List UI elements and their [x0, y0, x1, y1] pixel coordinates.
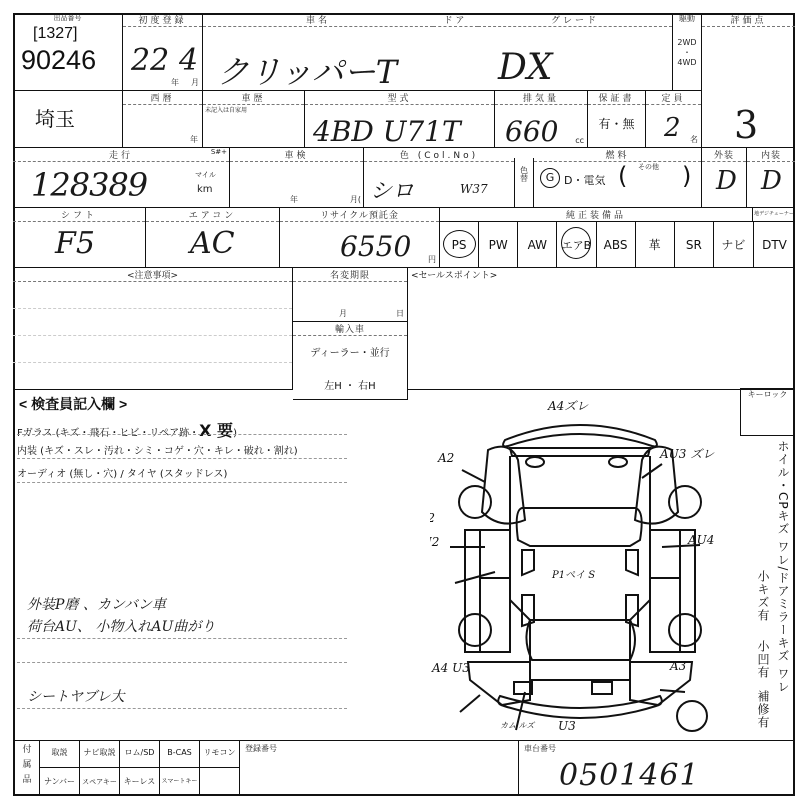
sales-point-label: <セールスポイント> — [408, 268, 795, 281]
acc-smart-key: スマートキー — [160, 768, 200, 796]
side-note-wheel-mirror: ホイル・CPキズ ワレ/ドアミラーキズ ワレ — [775, 440, 792, 740]
diag-left-door: AU2 — [430, 535, 439, 549]
recycle-fee: 6550 — [340, 230, 411, 263]
score-value: 3 — [734, 103, 758, 147]
equip-pw: PW — [479, 222, 518, 267]
capacity-unit: 名 — [690, 134, 698, 145]
equip-navi: ナビ — [714, 222, 754, 267]
mileage-label: 走行 — [13, 148, 229, 162]
grade-value: DX — [498, 47, 553, 88]
inspection-year: 年 — [290, 194, 298, 205]
grade-cell: グレード DX — [478, 13, 673, 91]
color-value: シロ — [370, 174, 414, 205]
warranty-options: 有・無 — [588, 115, 645, 132]
reg-number-label: 登録番号 — [240, 740, 518, 757]
car-name-cell: 車名 クリッパーT — [203, 13, 433, 91]
acc-keyless: キーレス — [120, 768, 160, 796]
tuner-label: 地デジチューナー — [753, 208, 795, 221]
capacity-value: 2 — [664, 113, 681, 143]
grade-label: グレード — [478, 13, 672, 27]
capacity-cell: 定員 2 名 — [646, 91, 702, 148]
displacement-label: 排気量 — [495, 91, 587, 105]
reg-number-cell: 登録番号 — [240, 740, 519, 796]
equipment-row: PS PW AW エアB ABS 革 SR ナビ DTV — [440, 222, 795, 268]
diag-left-rear: A4 U3 — [431, 661, 470, 675]
interior-label: 内装 — [747, 148, 795, 162]
chassis-value: 0501461 — [559, 758, 700, 793]
recycle-cell: リサイクル預託金 6550 円 — [280, 208, 440, 268]
exterior-label: 外装 — [702, 148, 746, 162]
acc-navi-manual: ナビ取説 — [80, 740, 120, 767]
diag-w2: W2 — [430, 511, 435, 525]
warranty-label: 保証書 — [588, 91, 645, 105]
interior-cell: 内装 D — [747, 148, 795, 208]
diag-rear-lamp: カム ルズ — [500, 721, 535, 730]
interior-grade: D — [761, 166, 782, 196]
accessories-grid: 取説 ナビ取説 ロム/SD B-CAS リモコン ナンバー スペアキー キーレス… — [40, 740, 240, 796]
shift-label: シフト — [13, 208, 145, 222]
mileage-value: 128389 — [31, 166, 147, 204]
era-year-unit: 年 — [190, 134, 198, 145]
history-label: 車歴 — [203, 91, 304, 105]
history-cell: 車歴 未記入は自家用 — [203, 91, 305, 148]
aircon-value: AC — [190, 226, 235, 261]
aircon-label: エアコン — [146, 208, 279, 222]
door-cell: ドア — [433, 13, 478, 91]
model-value: 4BD U71T — [313, 115, 461, 148]
model-cell: 型式 4BD U71T — [305, 91, 495, 148]
lot-number: 90246 — [21, 45, 96, 76]
equip-ps: PS — [440, 222, 479, 267]
color-number: W37 — [460, 182, 488, 196]
first-reg-cell: 初度登録 22 4 年 月 — [123, 13, 203, 91]
equipment-header: 純正装備品 — [440, 208, 753, 222]
exterior-grade: D — [716, 166, 737, 196]
nc-day: 日 — [396, 308, 404, 319]
equipment-label: 純正装備品 — [440, 208, 752, 221]
exterior-cell: 外装 D — [702, 148, 747, 208]
history-sub: 未記入は自家用 — [203, 105, 304, 114]
car-name-label: 車名 — [203, 13, 433, 27]
inspection-month: 月( — [350, 194, 361, 205]
audio-line: オーディオ (無し・穴) / タイヤ (スタッドレス) — [17, 465, 227, 480]
accessories-side: 付属品 — [13, 740, 40, 796]
region-cell: 埼玉 — [13, 91, 123, 148]
shift-cell: シフト F5 — [13, 208, 146, 268]
drive-2wd: 2WD — [673, 38, 701, 47]
first-reg-year: 22 — [131, 43, 169, 78]
inspection-label: 車検 — [230, 148, 363, 162]
notes-label: <注意事項> — [13, 268, 292, 282]
notes-cell: <注意事項> — [13, 268, 293, 390]
fuel-other: その他 — [638, 162, 659, 172]
color-cell: 色 (Col.No) シロ W37 — [364, 148, 514, 208]
inspector-title: < 検査員記入欄 > — [19, 394, 127, 414]
shift-value: F5 — [55, 226, 95, 261]
acc-manual: 取説 — [40, 740, 80, 767]
glass-line: Fガラス (キズ・飛石・ヒビ・リペア跡・X 要) — [17, 418, 237, 441]
fuel-options: D・電気 — [564, 172, 605, 188]
score-cell: 評価点 3 — [702, 13, 795, 148]
drive-dot: ・ — [673, 47, 701, 58]
diag-rear-bottom: U3 — [558, 719, 576, 733]
displacement-cell: 排気量 660 cc — [495, 91, 588, 148]
diag-left-front: A2 — [437, 451, 454, 465]
first-reg-label: 初度登録 — [123, 13, 202, 27]
year-unit: 年 — [171, 77, 179, 88]
equip-dtv: DTV — [754, 222, 795, 267]
fuel-cell: 燃料 G D・電気 ( その他 ) — [534, 148, 702, 208]
color-change-cell: 色替 — [514, 158, 534, 208]
diag-center: P1ペイ S — [551, 570, 595, 581]
equip-abs: ABS — [597, 222, 636, 267]
mileage-cell: 走行 S#+ 128389 マイル km — [13, 148, 230, 208]
lot-label: 出品番号 — [13, 13, 122, 23]
drive-4wd: 4WD — [673, 58, 701, 67]
aircon-cell: エアコン AC — [146, 208, 280, 268]
name-change-label: 名変期限 — [293, 268, 407, 282]
sales-point-cell: <セールスポイント> — [408, 268, 795, 390]
first-reg-month: 4 — [179, 43, 198, 78]
side-note-small-dent: 小凹有 — [755, 640, 772, 679]
side-note-repaired: 補修有 — [755, 690, 772, 729]
diag-front-top: A4ズレ — [547, 400, 589, 413]
acc-bcas: B-CAS — [160, 740, 200, 767]
lot-code: [1327] — [33, 25, 77, 43]
drive-cell: 駆動 2WD ・ 4WD — [673, 13, 702, 91]
displacement-value: 660 — [505, 115, 558, 148]
warranty-cell: 保証書 有・無 — [588, 91, 646, 148]
car-name-value: クリッパーT — [217, 47, 397, 93]
acc-spare-key: スペアキー — [80, 768, 120, 796]
region-value: 埼玉 — [35, 103, 75, 132]
yen-unit: 円 — [428, 254, 436, 265]
acc-number-plate: ナンバー — [40, 768, 80, 796]
odometer-swap: S#+ — [211, 148, 227, 156]
handwritten-note-1: 外装P磨 、カンバン車 — [27, 594, 166, 614]
diag-right-rear: A3 — [669, 659, 687, 673]
equip-aw: AW — [518, 222, 557, 267]
side-note-small-scratch: 小キズ有 — [755, 570, 772, 622]
fuel-gas-circled: G — [540, 168, 560, 188]
keylock-label: キーロック — [741, 389, 794, 400]
score-label: 評価点 — [702, 13, 795, 27]
diag-right-door: AU4 — [687, 533, 714, 547]
import-label: 輸入車 — [293, 322, 407, 336]
equip-leather: 革 — [636, 222, 675, 267]
month-unit: 月 — [191, 77, 199, 88]
color-change-label: 色替 — [519, 166, 530, 182]
nc-month: 月 — [339, 308, 347, 319]
diag-right-front: AU3 ズレ — [659, 447, 715, 461]
handwritten-note-2: 荷台AU、 小物入れAU曲がり — [27, 616, 215, 636]
interior-line: 内装 (キズ・スレ・汚れ・シミ・コゲ・穴・キレ・破れ・割れ) — [17, 442, 298, 457]
acc-remote: リモコン — [200, 740, 240, 767]
import-cell: 輸入車 ディーラー・並行 左H ・ 右H — [293, 322, 408, 400]
door-label: ドア — [433, 13, 478, 27]
km-unit: km — [197, 184, 213, 195]
inspection-cell: 車検 年 月( — [230, 148, 364, 208]
color-label: 色 (Col.No) — [364, 148, 514, 162]
drive-label: 駆動 — [673, 13, 701, 24]
tuner-header: 地デジチューナー — [753, 208, 795, 222]
car-diagram: A4ズレ A2 AU3 ズレ W2 AU2 AU4 A2 P1ペイ S A4 U… — [430, 400, 740, 740]
lot-cell: 出品番号 [1327] 90246 — [13, 13, 123, 91]
acc-rom-sd: ロム/SD — [120, 740, 160, 767]
recycle-label: リサイクル預託金 — [280, 208, 439, 222]
equip-sunroof: SR — [675, 222, 714, 267]
import-dealer: ディーラー・並行 — [293, 344, 407, 359]
model-label: 型式 — [305, 91, 494, 105]
fuel-label: 燃料 — [534, 148, 701, 162]
chassis-label: 車台番号 — [519, 740, 795, 757]
cc-unit: cc — [575, 136, 584, 145]
equip-airbag: エアB — [557, 222, 596, 267]
keylock-box: キーロック — [740, 388, 795, 436]
capacity-label: 定員 — [646, 91, 701, 105]
acc-empty — [200, 768, 240, 796]
handwritten-note-3: シートヤブレ大 — [27, 686, 124, 706]
era-label: 西暦 — [123, 91, 202, 105]
era-cell: 西暦 年 — [123, 91, 203, 148]
name-change-cell: 名変期限 月 日 — [293, 268, 408, 322]
mile-unit: マイル — [195, 170, 216, 180]
chassis-cell: 車台番号 0501461 — [519, 740, 795, 796]
